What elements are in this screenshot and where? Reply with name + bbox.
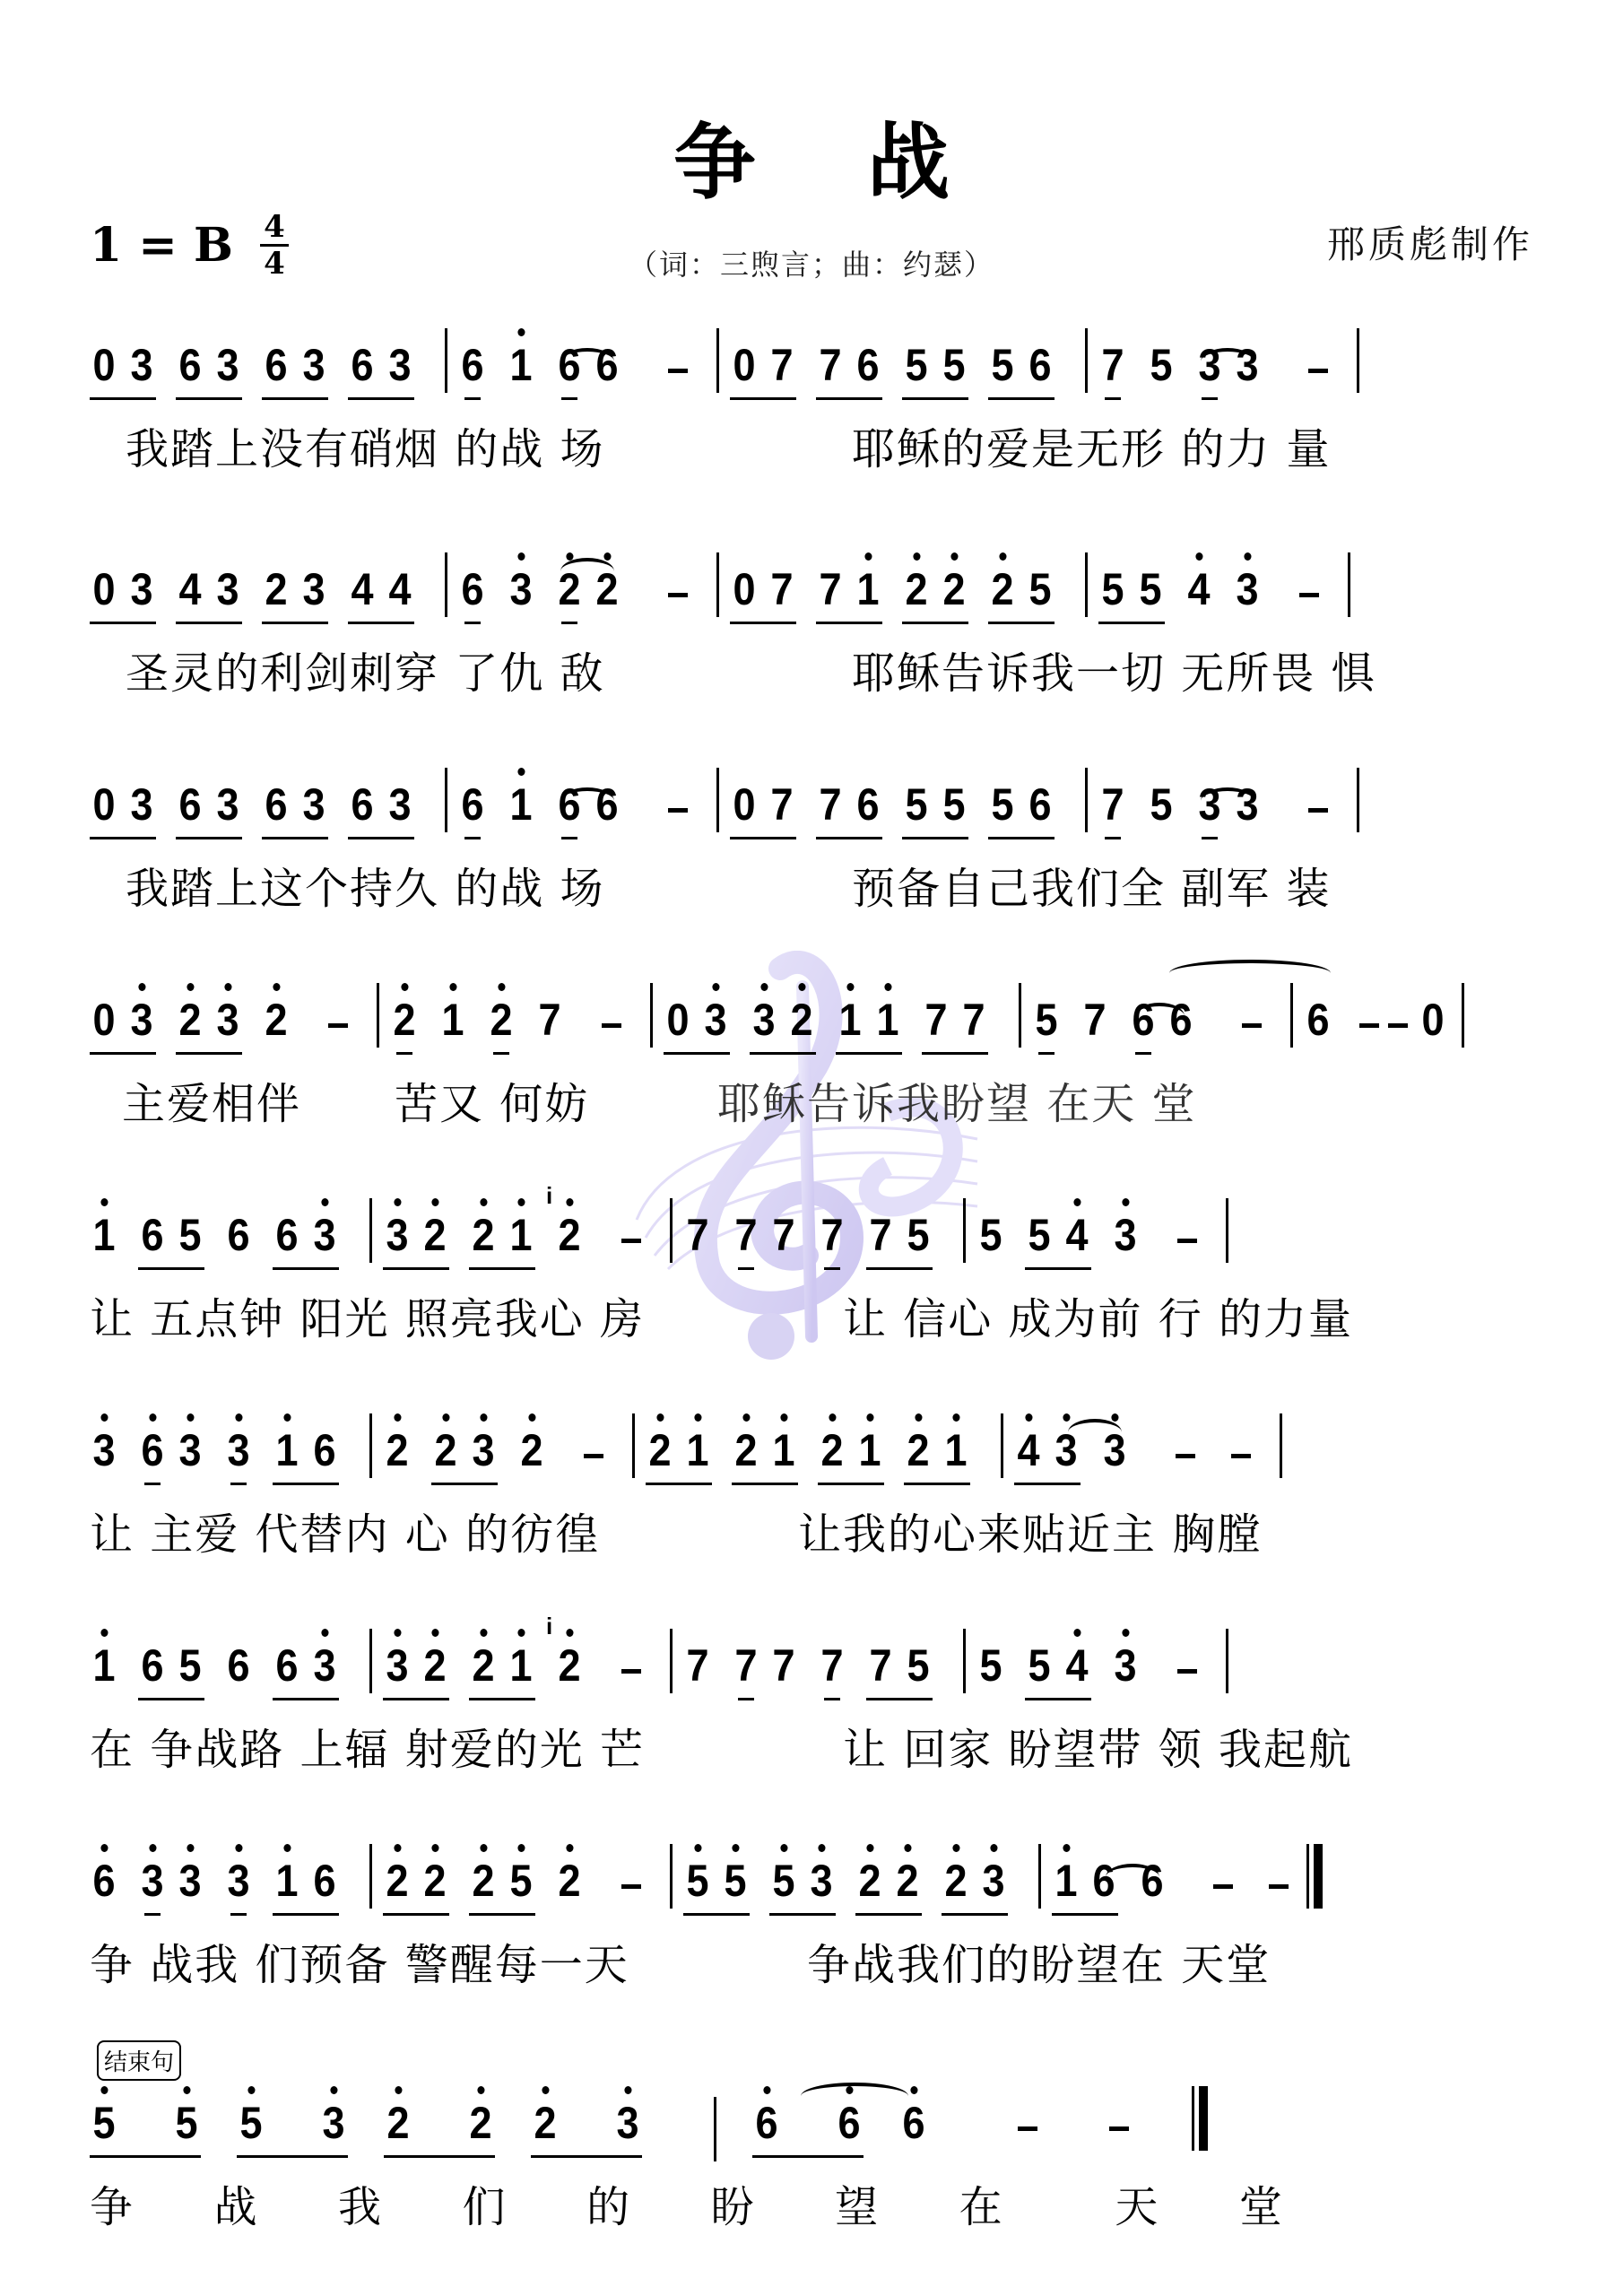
score-row-1: 03 63 63 63 6 1 66 07 76 55 56 7 5 33 [90, 305, 1542, 484]
lyrics-right: 预备自己我们全 副军 装 [852, 854, 1332, 916]
lyrics-right: 耶稣告诉我盼望 在天 堂 [717, 1069, 1197, 1131]
bar-line [1357, 328, 1359, 393]
lyrics-right: 耶稣告诉我一切 无所畏 惧 [852, 639, 1376, 700]
lyrics-ending: 争 战 我 们 的 盼 望 在 天 堂 [90, 2172, 1300, 2234]
tie-arc [560, 787, 614, 814]
lyrics-left: 让 主爱 代替内 心 的彷徨 [90, 1500, 600, 1561]
tie-arc [1201, 348, 1254, 375]
score-row-8: 6 33 3 16 22 25 2 55 53 22 23 16 6 争 战 [90, 1821, 1542, 2000]
lyrics-left: 在 争战路 上辐 射爱的光 芒 [90, 1715, 645, 1777]
lyrics-left: 圣灵的利剑刺穿 了仇 敌 [126, 639, 605, 700]
title-char: 争 [673, 97, 756, 215]
lyrics-middle: 苦又 何妨 [395, 1069, 589, 1131]
grace-note: i [546, 1613, 552, 1640]
lyrics-right: 耶稣的爱是无形 的力 量 [852, 414, 1332, 476]
score-row-3: 03 63 63 63 6 1 66 07 76 55 56 7 5 33 [90, 744, 1542, 924]
lyrics-left: 让 五点钟 阳光 照亮我心 房 [90, 1284, 645, 1346]
measure: 6 3 22 [458, 529, 706, 628]
score-row-5: 1 65 6 63 32 21 i2 7 77 7 75 5 54 3 让 五点… [90, 1175, 1542, 1354]
score-row-7: 1 65 6 63 32 21 i2 7 77 7 75 5 54 3 在 争战… [90, 1605, 1542, 1785]
final-barline [1192, 2086, 1208, 2151]
tie-arc [560, 558, 614, 585]
measure: 7 5 33 [1098, 305, 1346, 404]
bar-line [1085, 328, 1088, 393]
measure: 07 76 55 56 [730, 305, 1074, 404]
measure: 03 43 23 44 [90, 529, 434, 628]
tie-arc [560, 348, 614, 375]
measure: 6 1 66 [458, 305, 706, 404]
lyrics-left: 我踏上没有硝烟 的战 场 [126, 414, 605, 476]
tie-arc [1201, 787, 1254, 814]
score-row-4: 03 23 2 2 1 2 7 03 32 11 77 5 7 66 [90, 960, 1542, 1139]
song-title: 争战 [0, 97, 1623, 215]
lyrics-left: 主爱相伴 [122, 1069, 301, 1131]
maker-credit: 邢质彪制作 [1327, 215, 1533, 269]
lyrics-right: 让 信心 成为前 行 的力量 [843, 1284, 1353, 1346]
bar-line [445, 328, 447, 393]
lyrics-left: 争 战我 们预备 警醒每一天 [90, 1930, 629, 1992]
measure: 55 4 3 [1098, 529, 1337, 628]
final-barline [1306, 1844, 1323, 1909]
bar-line [716, 328, 719, 393]
measure: 07 71 22 25 [730, 529, 1074, 628]
score-row-2: 03 43 23 44 6 3 22 07 71 22 25 55 4 3 圣 [90, 529, 1542, 709]
notation-line: 03 63 63 63 6 1 66 07 76 55 56 7 5 33 [90, 305, 1542, 404]
score-row-6: 3 63 3 16 2 23 2 21 21 21 21 43 3 让 主爱 [90, 1390, 1542, 1570]
title-char: 战 [867, 97, 950, 215]
tie-arc [1134, 1003, 1185, 1030]
lyrics-right: 争战我们的盼望在 天堂 [807, 1930, 1271, 1992]
score-row-ending: 55 53 22 23 66 6 争 战 我 们 的 盼 望 在 天 堂 [90, 2063, 1542, 2242]
measure: 03 63 63 63 [90, 305, 434, 404]
tie-arc [801, 2083, 908, 2109]
tie-arc [1169, 960, 1331, 987]
lyrics-left: 我踏上这个持久 的战 场 [126, 854, 605, 916]
tie-arc [1068, 1419, 1122, 1446]
tie-arc [1106, 1864, 1159, 1891]
lyrics-right: 让 回家 盼望带 领 我起航 [843, 1715, 1353, 1777]
lyrics-right: 让我的心来贴近主 胸膛 [798, 1500, 1262, 1561]
grace-note: i [546, 1182, 552, 1210]
